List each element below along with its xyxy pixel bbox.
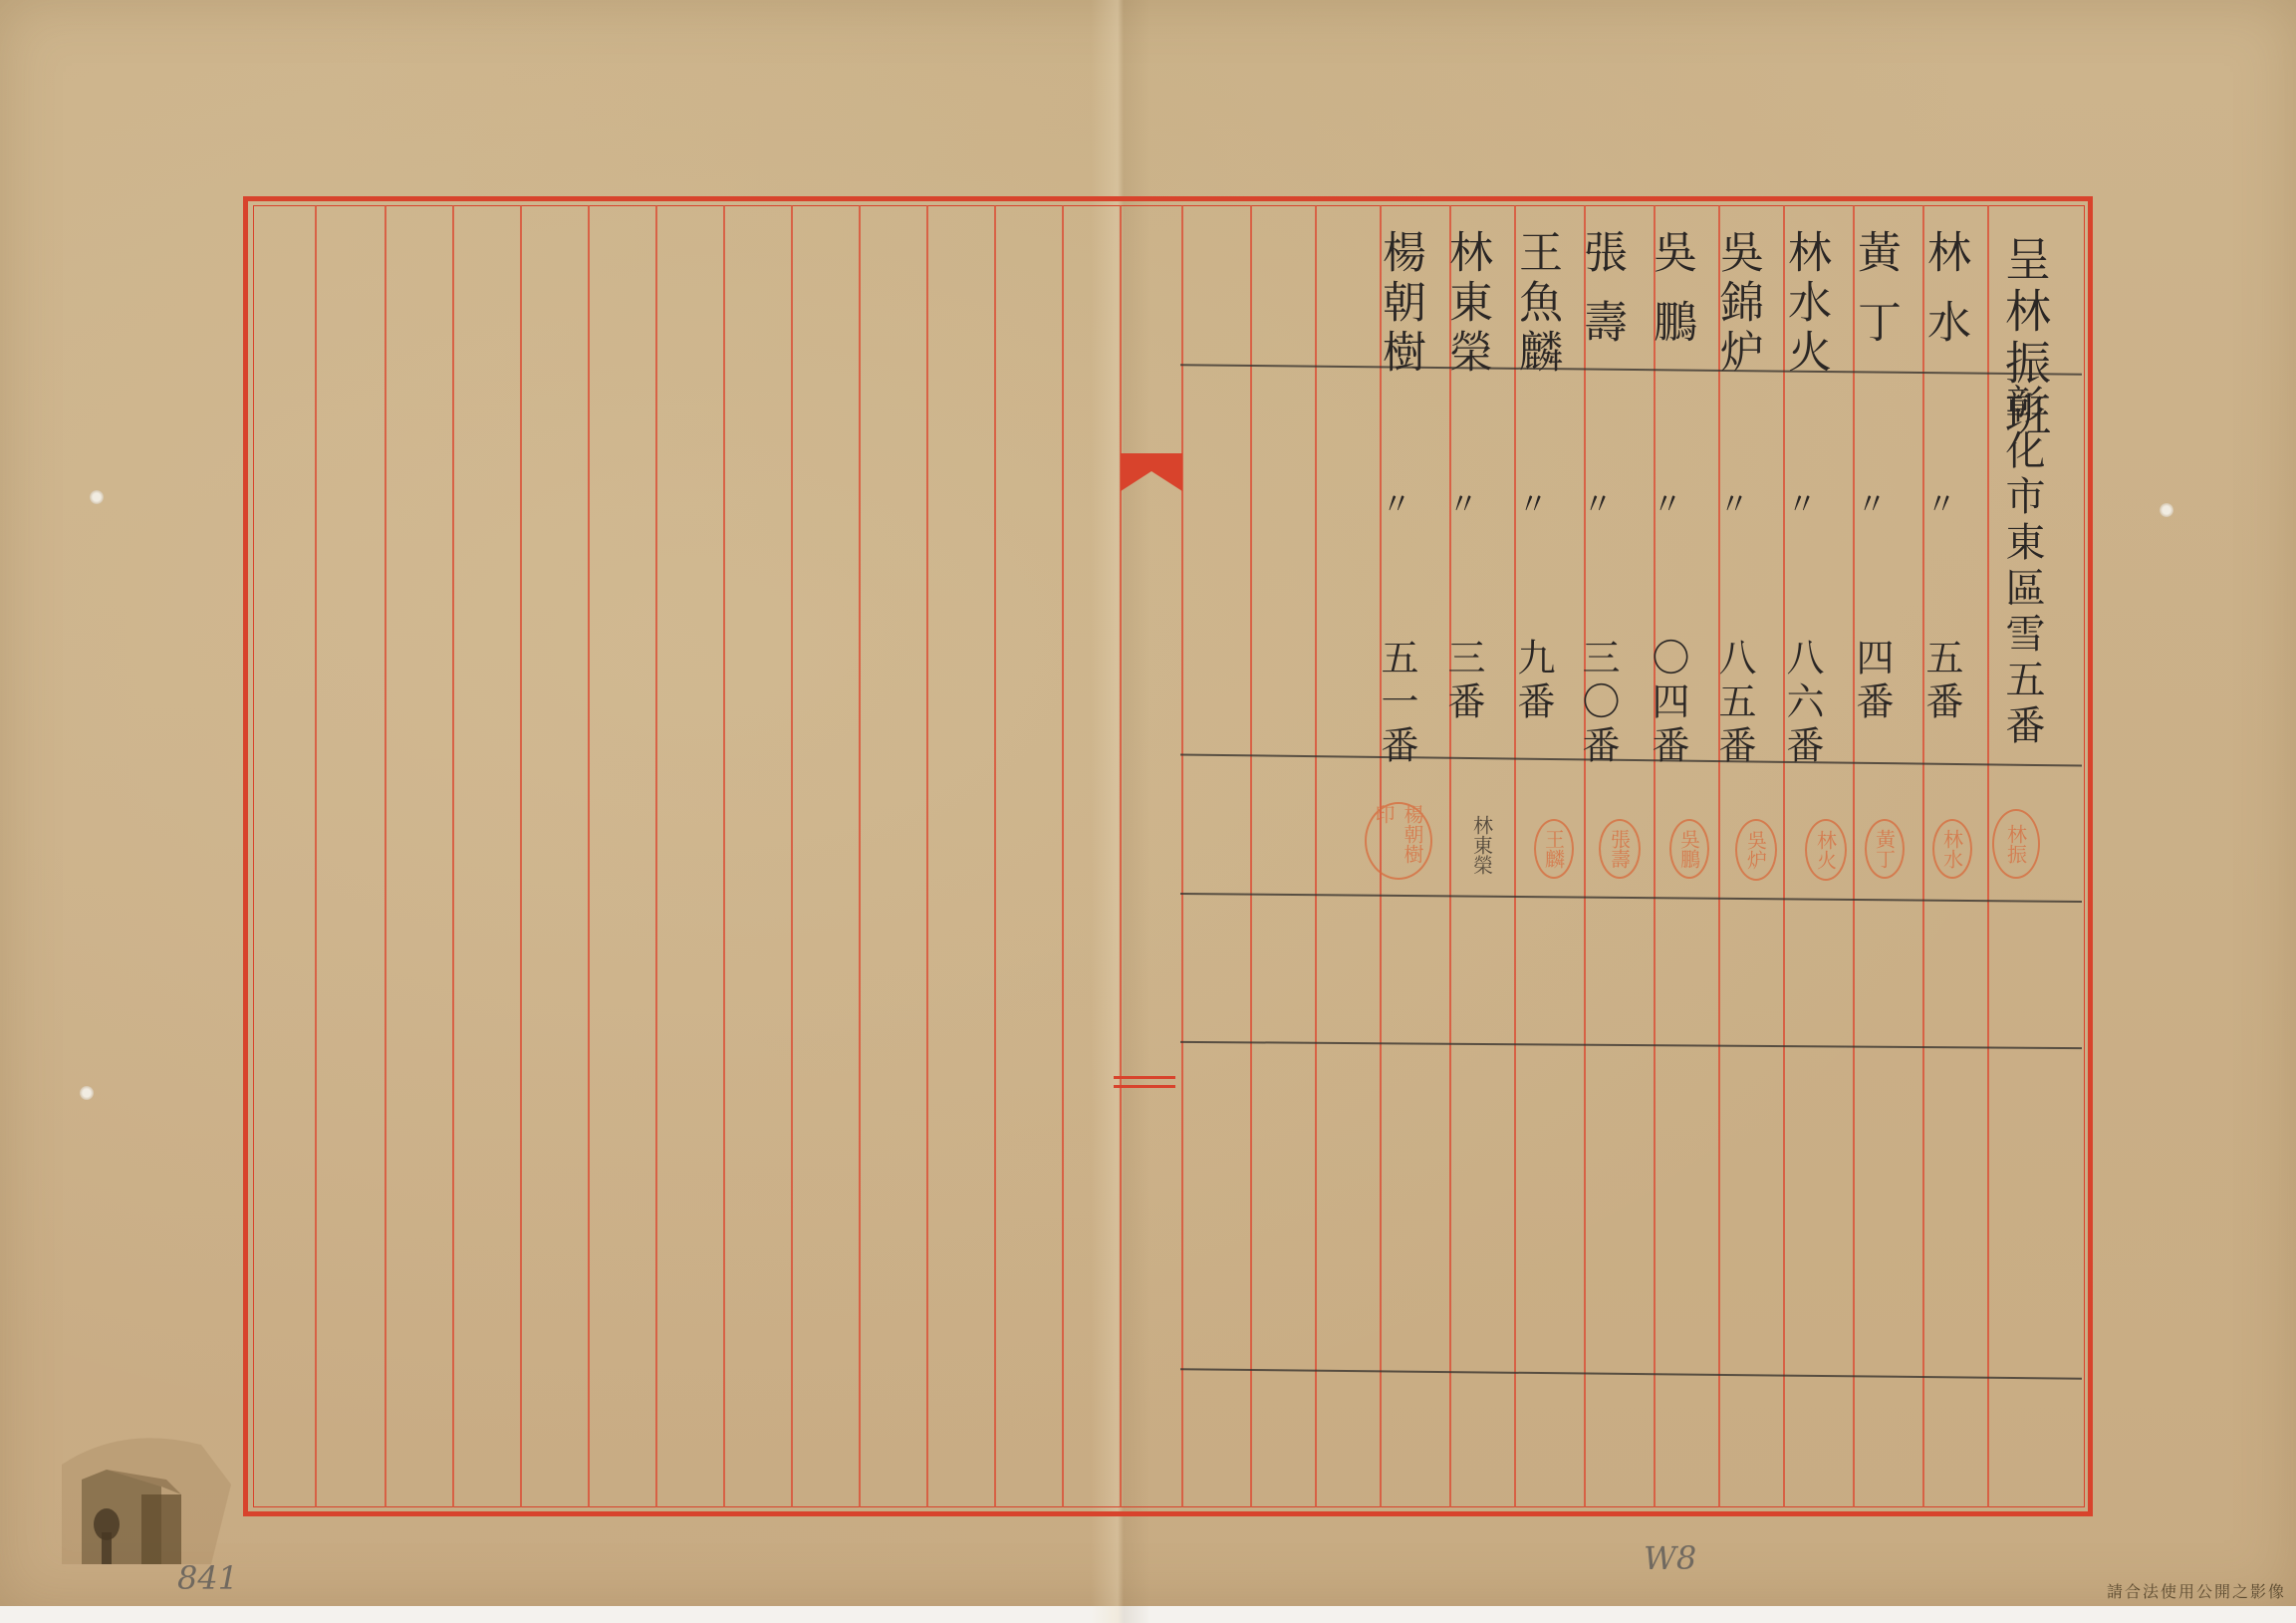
fishtail-mark-icon [1121,453,1182,491]
seal-stamp: 張壽 [1599,819,1641,879]
entry-name: 林水火 [1783,229,1827,379]
column-rule [859,205,861,1507]
entry-name: 張 壽 [1579,229,1623,349]
entry-number: 五一番 [1378,638,1415,769]
column-rule [1922,205,1924,1507]
entry-number: 三番 [1444,638,1482,725]
entry-number: 〇四番 [1649,638,1686,769]
column-rule [315,205,317,1507]
entry-number: 八五番 [1715,638,1753,769]
entry-ditto: 〃 [1444,488,1474,524]
pencil-note-bottom-left: 841 [177,1559,238,1597]
entry-ditto: 〃 [1853,488,1883,524]
entry-number: 八六番 [1783,638,1821,769]
column-rule [1718,205,1720,1507]
entry-name: 林 水 [1922,229,1966,349]
archive-logo-icon [62,1425,231,1564]
punch-hole [80,1086,94,1100]
column-rule [452,205,454,1507]
column-rule [1783,205,1785,1507]
bottom-center-mark [1114,1076,1175,1094]
column-rule [994,205,996,1507]
entry-name: 林東榮 [1444,229,1488,379]
entry-ditto: 〃 [1715,488,1745,524]
punch-hole [90,490,104,504]
column-rule [520,205,522,1507]
column-rule [588,205,590,1507]
entry-ditto: 〃 [1649,488,1678,524]
column-rule [1250,205,1252,1507]
usage-watermark: 請合法使用公開之影像 [2107,1579,2286,1602]
entry-number: 三〇番 [1579,638,1617,769]
seal-stamp: 吳炉 [1735,819,1777,881]
seal-stamp: 林水 [1932,819,1972,879]
entry-name: 吳錦炉 [1715,229,1759,379]
entry-ditto: 〃 [1378,488,1407,524]
column-rule [1449,205,1451,1507]
entry-ditto: 〃 [1514,488,1544,524]
header-address: 彰化市東區雪五番 [2002,384,2042,750]
seal-stamp: 王麟 [1534,819,1574,879]
column-rule [926,205,928,1507]
entry-number: 四番 [1853,638,1891,725]
entry-name: 楊朝樹 [1378,229,1421,379]
column-rule [723,205,725,1507]
column-rule [791,205,793,1507]
entry-ditto: 〃 [1922,488,1952,524]
seal-stamp: 林振 [1992,809,2040,879]
column-rule [1062,205,1064,1507]
entry-name: 王魚麟 [1514,229,1558,379]
column-rule [1987,205,1989,1507]
column-rule [1514,205,1516,1507]
column-rule [1315,205,1317,1507]
column-rule [655,205,657,1507]
pencil-note-bottom-center: W8 [1644,1539,1696,1577]
entry-name: 黃 丁 [1853,229,1897,349]
seal-stamp: 黃丁 [1865,819,1905,879]
column-rule [384,205,386,1507]
entry-number: 九番 [1514,638,1552,725]
seal-stamp: 林火 [1805,819,1847,881]
punch-hole [2160,503,2173,517]
column-rule [1120,205,1122,1507]
entry-name: 吳 鵬 [1649,229,1692,349]
seal-stamp: 楊朝樹印 [1365,802,1432,880]
entry-ditto: 〃 [1579,488,1609,524]
column-rule [1584,205,1586,1507]
entry-ditto: 〃 [1783,488,1813,524]
column-rule [1853,205,1855,1507]
entry-number: 五番 [1922,638,1960,725]
column-rule [1181,205,1183,1507]
seal-stamp: 林東榮 [1464,812,1500,878]
column-rule [1654,205,1656,1507]
seal-stamp: 吳鵬 [1669,819,1709,879]
